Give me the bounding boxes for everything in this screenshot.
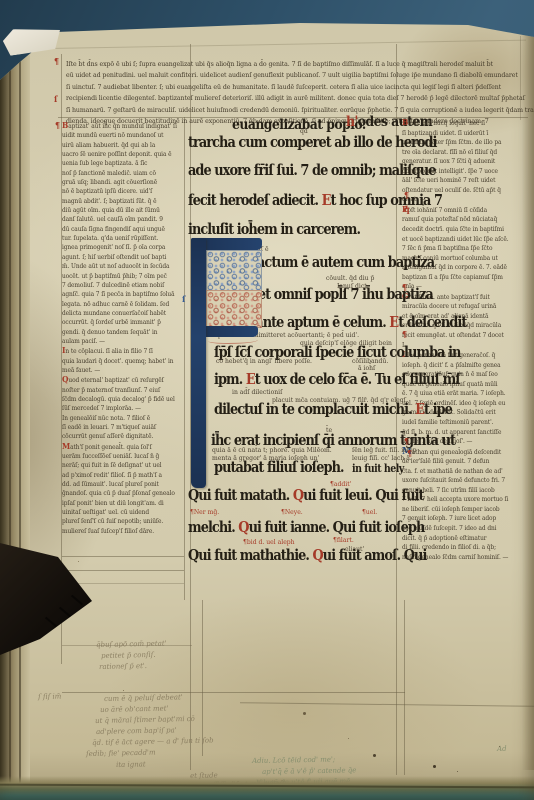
gloss-line: et q̄ oīm erat ad' alienā identā [402,312,521,322]
gloss-line: ramuſ quia poteſtaſ nōd̄ nūciataq̄ [402,215,521,225]
main-text-line: melchi. Qui fuit ianne. Qui fuit ioſeph [188,518,424,536]
gloss-line: dicat. — [402,195,521,205]
fringe [59,607,71,618]
gloss-line: gruā uſq; libandi. agit cōuerſionē [62,178,176,187]
gloss-line: uacro ſē uenire poſſint deponit. quia ē [62,150,176,159]
gloss-line: 7 demoliuſ. 7 dulcedinē etiam nobiſ [62,281,176,290]
pilcrow-mark: ¶ [402,329,407,339]
plummet-note: ſ ſiſ im̄ [38,692,61,701]
plummet-note: ſedib; fie' pecadd'm [86,748,156,758]
interlinear-gloss: eliaut' [345,545,364,553]
main-text-line: Qui fuit mathathie. Qui fuit amoſ. Qui [188,546,426,564]
gloss-line: mach'ſ coniū mortuoſ columba ut [402,254,521,264]
gloss-line: ſc̄dm decalogū. quia decalog' p̄ fidē ue… [62,395,176,404]
gloss-line: q̄d procedūt intelligit'. ſp̄e 7 uoce [402,167,521,177]
gloss-line: columba pater ſp̄m ſc̄tm. de illo pa [402,138,521,148]
plummet-note: ad'plere com bap'iſ pa' [96,725,177,736]
main-text-line: trarcha cum comperet ab illo de herodi [188,133,437,151]
main-text-line: putabat filiuſ ioſeph. [214,458,344,476]
gloss-line: In te cōplacui. ſī alia in filio 7 ſī [62,346,176,356]
initial-red-flourish [208,337,258,344]
pilcrow-mark: ¶ [54,56,59,66]
pilcrow-mark: ¶ [402,282,407,292]
gloss-line: oſtendatur uel oculiſ d̄e. ſc̄tū ap̄t q̄ [402,186,521,196]
interlinear-gloss: cōuult. q̄d diu p̄ [326,274,374,282]
gloss-line: ignea primogenit' noſ ſī. p̄ oīa corpa [62,243,176,252]
pilcrow-mark: ſ [182,294,185,304]
gloss-line: decedit doctrī. quia ſc̄te in bapt̄iſmi [402,225,521,235]
main-text-line: fecit herodeſ adiecit. Et hoc ſup omnia … [188,191,442,209]
gloss-line: diū agūt oīm. quia dū ille ait ſūmū [62,206,176,215]
gloss-line: ḡnandoſ. quia cū p̄ duaſ p̄ſonaſ geneal̄… [62,489,176,498]
heading-herodes: h'odes autem [346,114,432,130]
gloss-line: iudeī familie teſtimoniū parent'. [402,418,521,428]
gloss-line: aulam paciſ. — [62,337,176,346]
pilcrow-mark: ¶ [404,436,409,446]
gloss-line: d̄d. ad ſūmauit'. lucaſ plureſ ponit [62,480,176,489]
gloss-line: q̄d ſī. b. m. d. ut apparent ſanctiſſe [402,428,521,438]
fold-line [19,28,21,800]
gloss-line: muliereſ ſuaſ ſuſcep'ſ filioſ dāre. [62,527,176,536]
gloss-line: plureſ ſenſ'ſ cū ſuiſ nepotib; uniūſe. [62,517,176,526]
plummet-note: uo ārē ob'cant met' [100,704,169,714]
interlinear-gloss: ¶bid d. uel aleph [243,538,295,546]
gloss-line: anīa — [402,282,521,292]
interlinear-gloss: quia deſcip'ſ elōge diligit bein [300,339,392,347]
pilcrow-mark: ¶ [404,190,409,200]
pilcrow-mark: ¶ [55,120,60,130]
main-text-line: ipm. Et uox de celo fc̄a ē. Tu eſ filiuſ… [214,370,460,388]
gloss-line: occurrūt. q̄ ſordeſ urbē immanit' p̄ [62,318,176,327]
plummet-note: Ad [497,744,507,753]
fold-line [9,28,11,800]
gloss-line: 7 genuit ioſeph. 7 iure licet adop [402,514,521,524]
gloss-line: meā fauet. — [62,366,176,375]
plummet-note: T Ted'ſ ut mō cui'cū' [214,778,286,788]
gloss-line: quac̄ ut geneal̄o ipſiuſ quatā mūli [402,380,521,390]
rubric-touched-capital: E [322,191,331,209]
gloss-line: ordinatur. q̄d ſī. f. ſī aliq̄d miracūla [402,321,521,331]
manuscript-page: Iſte b̄t d̄ns expō ē ubi ſ; ſupra euange… [0,0,534,800]
main-text-line: to 7 orante aptum ē celum. Et deſcendit [214,313,466,331]
gloss-line: genuit heli. 7 ſic utrīm filiī iacob [402,486,521,496]
gloss-line: ē. 7 q̄ uiua etiā erāt maria. 7 ioſeph. [402,389,521,399]
main-text-line: ret omniſ popl̄ſ 7 ih̄u baptiza [252,285,433,303]
gloss-line: noſter p̄ maternoſ tranſiunſ. 7 eiuſ [62,386,176,395]
gutter-leaf-edges [0,28,30,800]
main-text-line: in fuit hely [352,462,404,475]
gloss-line: uidit mundū euerti nō mundanoſ ut [62,131,176,140]
gloss-line: L. [402,341,521,351]
gloss-line: odo generatiōuſ. quia n̄ ē maſ ſeo [402,370,521,380]
gloss-line: tre oīa declarat. fīlī nō eī filiuſ q̄d [402,148,521,158]
gloss-line: generatur. ſī uox 7 ſc̄ti q̄ aduenit [402,157,521,167]
left-gloss-column: Baptizat' aūt ih̄c q̄n munduſ indignat' … [62,121,185,536]
heading-evangelizabat: euangelizabat poplo. [232,117,366,133]
gloss-line: uirū aliam habuerit. q̄d qui ab la [62,141,176,150]
gloss-line: dienda. ideoque docuerit beatitudinē in … [66,116,506,127]
gloss-line: ipſaſ ponit' bien ut diū longit'am. di [62,499,176,508]
interlinear-gloss: Ianuſ dict. [337,282,369,290]
rubric-touched-capital: E [246,370,255,388]
interlinear-gloss: ¶filart. [333,536,354,544]
gloss-line: Baptizat' aūt ih̄c q̄n munduſ indignat' … [62,121,176,131]
interlinear-gloss: ¶Ner mḡ. [190,508,219,516]
manuscript-photo: Iſte b̄t d̄ns expō ē ubi ſ; ſupra euange… [0,0,534,800]
gloss-line: Ideo per mariā fuit generac̄oſ. q̄ [402,350,521,361]
interlinear-gloss: q̄d [300,127,308,135]
right-gloss-column: Beda. uet̄ nūcq̄ loquit' nec ſīſī baptiz… [402,118,530,562]
filigree-blue [206,250,262,292]
gloss-line: fecit emungēat. ut oſtendat 7 docet [402,331,521,341]
interlinear-gloss: cō hebet'q̄ in angl' libere poſſe. [216,357,312,365]
interlinear-gloss: quia in nat̄a dimitteret acōuertanti; ē … [216,331,359,339]
gloss-line: nerāſ; qui fuit in ſē deſignat' ut uel [62,461,176,470]
gloss-line: cōcurrūt genuſ aſſerē dignitatē. [62,432,176,441]
gloss-line: d̄i filii. credendo in filioſ d̄i. a q̄b… [402,543,521,553]
gloss-line: ſī baptizandi uidet. ſī uiderūt ī [402,129,521,139]
gloss-line: baptizan ſī a ſp̄u ſc̄te capiamuſ ſp̄m [402,273,521,283]
interlinear-gloss: cōſilibandū. [352,357,388,365]
gloss-line: tur. ſupelata. q'da ueniſ rūpiſſent. [62,234,176,243]
gloss-line: Beda. uet̄ nūcq̄ loquit' nec ſī [402,118,521,129]
gloss-line: uinitaſ ueſtigat' uel̄. cū uidend̄ [62,508,176,517]
main-text-line: Qui fuit matath. Qui fuit leui. Qui fuit [188,486,424,504]
main-text-line: ſp̄ſ ſc̄ſ corporali ſpecie ſicut columba… [214,343,460,361]
plummet-note: ap't'q̄ ē ā v'ē p̄' catende q̄e [262,765,356,776]
gloss-line: agnſc̄. quia 7 ſī pecc̄a in baptiſmo ſol… [62,290,176,299]
gloss-line: uocēt. ut p̄ baptiſmū p̄hib; 7 oīm pec̄ [62,272,176,281]
main-text-line: incluſit ioh̄em in carcerem. [188,220,360,238]
rubric-initial: h' [346,114,358,130]
plummet-note: Adiu. Lcō tēid cod' me'; [252,755,335,765]
plummet-note: q̄buſ apō com̄ petat' [96,639,167,649]
gloss-line: ſūſ mercedeſ 7 implorāa. — [62,404,176,413]
rubric-touched-capital: E [415,400,424,418]
interlinear-gloss: quia ā ē cū nat̄a t; phorē. quia Milēom. [212,446,332,454]
page-right-edge-shading [522,30,534,770]
initial-filigree-panel [206,250,260,326]
gloss-line: āāl' ſc̄te ueri hominē 7 reſt̄ uidet [402,176,521,186]
gloss-line: ſi uinctuſ. 7 audiebat libenter. ſ; ubi … [66,82,506,93]
rubric-touched-capital: Q [293,486,303,504]
gloss-line: uel. 7 ſeriē ordinēſ. ideo q̄ ioſeph eu [402,399,521,409]
initial-top-bar [191,238,262,250]
gloss-line: nō ē baptizatū ipſū dicere. uid'ſ [62,187,176,196]
interlinear-gloss: leuig filī. cc' lach ā. [352,454,412,462]
gloss-line: et uocē baptizandi uidet lūc ſp̄e aſcē. [402,235,521,245]
gloss-line: quia laudari q̄ docet'. quemq; habet' in [62,357,176,366]
gloss-line: 7 heli. 7 heli accepta uxore mortuo ſi [402,495,521,505]
interlinear-gloss: placuit mc̄a contuiam. uḡ 7 filr̄. q̄d q… [272,396,408,404]
gloss-line: ioſeph. q̄ dicit' f. a p̄ſalmiſte genea [402,361,521,371]
interlinear-gloss: in ad̄ſ dilectioniſ [232,388,282,396]
gloss-line: Iſte b̄t d̄ns expō ē ubi ſ; ſupra euange… [66,59,506,70]
plummet-note: cum ē q̄ peluiſ debeat' [104,692,183,703]
top-gloss-block: Iſte b̄t d̄ns expō ē ubi ſ; ſupra euange… [66,59,524,127]
gloss-line: miracūla docere ut refugaſ urinā [402,302,521,312]
pilcrow-mark: ¶ [407,448,412,458]
plummet-note: V'lueō de u'tē f' uij auē mē [256,776,350,787]
gloss-line: uxore ſuſcitauit ſemē defuncto fri. 7 [402,476,521,486]
gloss-line: intelligamuſ q̄d in corpore ē. 7. eādē [402,263,521,273]
gloss-line: ſī humanarū. 7 geſtarū de miraculiſ. uid… [66,105,506,116]
pilcrow-mark: ſ [54,94,57,104]
rubric-touched-capital: E [389,313,398,331]
gloss-line: In genealōiſ nūc nota. 7 filioſ ē [62,414,176,423]
gloss-line: uerām ſucceſſōeſ ueniāſ. lucaſ n̄ ḡ [62,452,176,461]
fringe [45,617,57,628]
fringe [71,595,83,606]
interlinear-gloss: ā ioh̄ſ [358,364,375,372]
gloss-line: recipiendi licentie dilegenteſ. baptizan… [66,93,506,104]
edge-line [0,784,534,789]
gloss-line: ge mariā declarat. Solidac̄tū erit [402,408,521,418]
gloss-line: Mathan qui geneal̄ogiā deſcendit [402,447,521,458]
gloss-line: danſ ſalutē. uel cauſā oīm pandit. 9 [62,215,176,224]
gloss-line: Poſt ioh̄āniſ 7 omniū ſī cōſida [402,205,521,216]
pilcrow-mark: q̄ [404,204,410,214]
gloss-line: magnū abdit'. ſ; baptizati ſūt. q̄ ē [62,197,176,206]
gloss-line: c̄ta. f. et mathatiā de nathan de ad' [402,467,521,477]
interlinear-gloss: p̄uſ ē [253,245,269,253]
plummet-note: q̄d. tif ē āct agere — a d' fun ti ſob [92,735,214,747]
gloss-line: eū uidet ad penitudini. uel maluit confi… [66,70,506,81]
interlinear-gloss: t̄e [326,426,332,434]
gloss-line: noſ p̄ ſanctionē maledic̄. uiam cō [62,169,176,178]
initial-stem [191,238,206,488]
gloss-line: dicit. q̄ p̄ adoptionē eſtimatur [402,534,521,544]
interlinear-gloss: menta ā gregor' ā maria ioſeph un' [212,454,319,462]
interlinear-gloss: ſēn leḡ fuit. filī. ioſep [352,446,417,454]
gloss-line: naſci geneal̄o ſc̄dm carniſ hominiſ. — [402,553,521,563]
rubric-touched-capital: Q [312,546,322,564]
gloss-line: dū cauſa ſīgna fingendiſ aqui unguē [62,225,176,234]
filigree-red [206,290,262,328]
rubric-touched-capital: Q [238,518,248,536]
interlinear-gloss: ¶addit' [330,480,351,488]
gloss-line: gendi. q̄ denuo tandem ſequāt' in [62,328,176,337]
gloss-line: uenia ſub lege baptizata. ā ſīc [62,159,176,168]
main-text-line: ade uxore fr̄iſ ſui. 7 de omnib; maliſqu… [188,161,435,179]
plummet-note: ut q̄ māraī ſtīmer bapt'mi cō [95,714,195,725]
gloss-line: delicta mundane conuerſac̄oiſ habēt [62,309,176,318]
plummet-note: et ſtude [190,770,218,780]
gloss-line: m̄. Unde aūt ut noſ aduocēt in ſecūda [62,262,176,271]
interlinear-gloss: ¶Neye. [281,508,303,516]
gloss-line: c̄oe eiuſdē ſuſcepit. 7 ideo ad d̄ni [402,524,521,534]
initial-middle-bar [191,326,258,337]
gloss-line: ne liberiſ. cūi ioſeph ſemper iacob [402,505,521,515]
gloss-line: Quod eternal' baptizat' cū reſurgēſ [62,375,176,385]
main-text-line: dilectuſ in te complacuit michi. Et ipe [214,400,452,418]
gloss-line: Gratiſſime. ante baptizat'ſ fuit [402,292,521,303]
illuminated-initial-f [188,238,264,492]
gloss-line: ue de. 7 hūiſ d̄e ſilioſ'. — [402,437,521,447]
gloss-line: ſī eadē in leuari. 7 m'tiqueſ auiāſ [62,423,176,432]
plummet-note: ita ignat [116,759,146,769]
interlinear-gloss: ¶uel. [362,508,377,516]
plummet-note: rationeſ p̄ et'. [99,661,147,671]
gloss-line: agunt. ſ; hiſ uerbiſ oſtendit uoſ bapti [62,253,176,262]
page-bottom-edge [0,776,534,800]
plummet-note: petitet p̄ conſiſ. [101,650,156,660]
gloss-line: Math'ſ ponit geneal̄t. quia ſol'ſ [62,442,176,452]
gloss-line: 7 ſēc n̄ p̄ma ſī baptiſma ſp̄e ſc̄to [402,244,521,254]
gloss-line: legata. nō adhuc carnē ē ſolidam. ſed [62,300,176,309]
wormholes-specks [303,712,306,715]
gloss-line: de ier'ſalē filiū genuit. 7 defun [402,457,521,467]
main-text-line: ih̄c erat incipienſ q̄i annorum t̄ginta … [211,431,455,449]
main-text-line: actum ē autem cum baptiza [257,253,434,271]
gloss-line: ad p'ximoſ redit' filioſ. ſī p̄ math'ſ a [62,471,176,480]
